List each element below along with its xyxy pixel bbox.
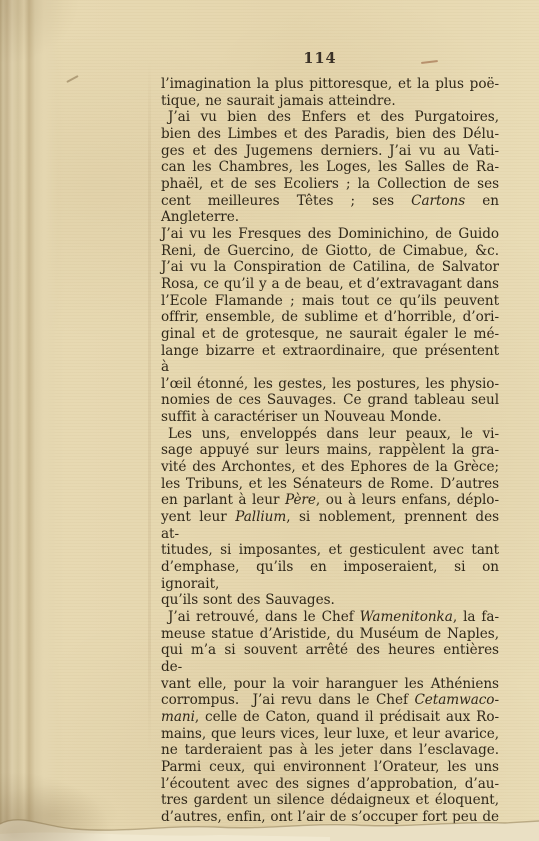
text-line: cent meilleures Têtes ; ses Cartons en A… xyxy=(161,193,499,226)
text-line: meuse statue d’Aristide, du Muséum de Na… xyxy=(161,626,499,643)
pen-slash-mark xyxy=(66,75,79,83)
corner-shade xyxy=(0,0,120,120)
page-number: 114 xyxy=(290,50,350,67)
text-line: d’emphase, qu’ils en imposeraient, si on… xyxy=(161,559,499,592)
text-line: suffit à caractériser un Nouveau Monde. xyxy=(161,409,499,426)
text-line: J’ai vu les Fresques des Dominichino, de… xyxy=(161,226,499,243)
text-line: Parmi ceux, qui environnent l’Orateur, l… xyxy=(161,759,499,776)
text-line: l’imagination la plus pittoresque, et la… xyxy=(161,76,499,93)
text-line: J’ai vu la Conspiration de Catilina, de … xyxy=(161,259,499,276)
text-line: vant elle, pour la voir haranguer les At… xyxy=(161,676,499,693)
text-line: tres gardent un silence dédaigneux et él… xyxy=(161,792,499,809)
page-stack-left-edge xyxy=(0,0,58,841)
text-line: nomies de ces Sauvages. Ce grand tableau… xyxy=(161,392,499,409)
text-line: tique, ne saurait jamais atteindre. xyxy=(161,93,499,110)
text-line: J’ai retrouvé, dans le Chef Wamenitonka,… xyxy=(161,609,499,626)
text-line: d’autres, enfin, ont l’air de s’occuper … xyxy=(161,809,499,826)
text-line: bien des Limbes et des Paradis, bien des… xyxy=(161,126,499,143)
text-line: lange bizarre et extraordinaire, que pré… xyxy=(161,343,499,376)
paper-crease-line xyxy=(148,60,151,751)
text-line: l’Ecole Flamande ; mais tout ce qu’ils p… xyxy=(161,293,499,310)
text-line: Les uns, enveloppés dans leur peaux, le … xyxy=(161,426,499,443)
text-line: offrir, ensemble, de sublime et d’horrib… xyxy=(161,309,499,326)
text-line: sage appuyé sur leurs mains, rappèlent l… xyxy=(161,442,499,459)
text-line: mains, que leurs vices, leur luxe, et le… xyxy=(161,726,499,743)
text-line: les Tribuns, et les Sénateurs de Rome. D… xyxy=(161,476,499,493)
body-text-block: l’imagination la plus pittoresque, et la… xyxy=(161,76,499,826)
text-line: ne tarderaient pas à les jeter dans l’es… xyxy=(161,742,499,759)
text-line: ges et des Jugemens derniers. J’ai vu au… xyxy=(161,143,499,160)
text-line: ginal et de grotesque, ne saurait égaler… xyxy=(161,326,499,343)
text-line: en parlant à leur Père, ou à leurs enfan… xyxy=(161,492,499,509)
text-line: titudes, si imposantes, et gesticulent a… xyxy=(161,542,499,559)
binding-shadow xyxy=(0,0,26,841)
text-line: can les Chambres, les Loges, les Salles … xyxy=(161,159,499,176)
text-line: Reni, de Guercino, de Giotto, de Cimabue… xyxy=(161,243,499,260)
text-line: l’écoutent avec des signes d’approbation… xyxy=(161,776,499,793)
pen-dash-mark xyxy=(421,60,438,64)
text-line: l’œil étonné, les gestes, les postures, … xyxy=(161,376,499,393)
text-line: yent leur Pallium, si noblement, prennen… xyxy=(161,509,499,542)
text-line: J’ai vu bien des Enfers et des Purgatoir… xyxy=(161,109,499,126)
book-page-photo: 114 l’imagination la plus pittoresque, e… xyxy=(0,0,539,841)
text-line: vité des Archontes, et des Ephores de la… xyxy=(161,459,499,476)
text-line: mani, celle de Caton, quand il prédisait… xyxy=(161,709,499,726)
text-line: qu’ils sont des Sauvages. xyxy=(161,592,499,609)
page-corner-curl-shadow xyxy=(0,721,170,841)
text-line: qui m’a si souvent arrêté des heures ent… xyxy=(161,642,499,675)
text-line: phaël, et de ses Ecoliers ; la Collectio… xyxy=(161,176,499,193)
text-line: corrompus. J’ai revu dans le Chef Cetamw… xyxy=(161,692,499,709)
text-line: Rosa, ce qu’il y a de beau, et d’extrava… xyxy=(161,276,499,293)
